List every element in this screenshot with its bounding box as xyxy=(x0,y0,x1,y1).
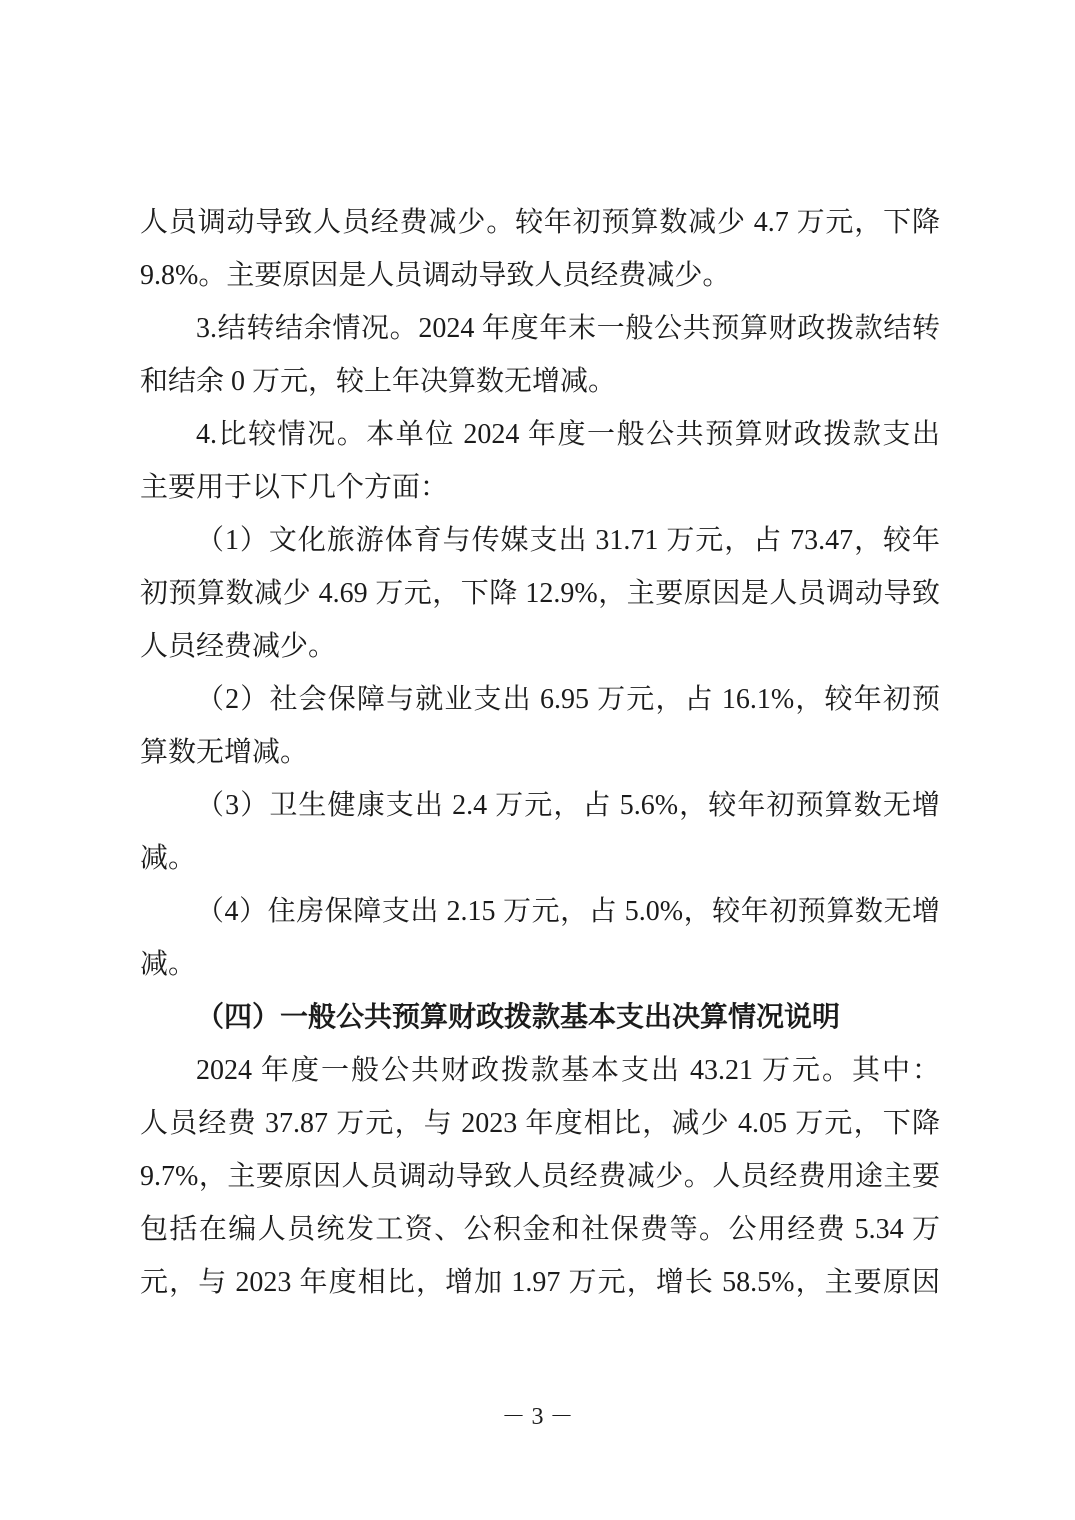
text-line: （4）住房保障支出 2.15 万元，占 5.0%，较年初预算数无增 xyxy=(140,885,940,938)
text-line: （3）卫生健康支出 2.4 万元，占 5.6%，较年初预算数无增 xyxy=(140,779,940,832)
text-line: 9.8%。主要原因是人员调动导致人员经费减少。 xyxy=(140,249,940,302)
text-line: 4.比较情况。本单位 2024 年度一般公共预算财政拨款支出 xyxy=(140,408,940,461)
text-line: 和结余 0 万元，较上年决算数无增减。 xyxy=(140,355,940,408)
text-line: 3.结转结余情况。2024 年度年末一般公共预算财政拨款结转 xyxy=(140,302,940,355)
text-line: 人员调动导致人员经费减少。较年初预算数减少 4.7 万元，下降 xyxy=(140,196,940,249)
text-line: 人员经费减少。 xyxy=(140,620,940,673)
text-line: 2024 年度一般公共财政拨款基本支出 43.21 万元。其中： xyxy=(140,1044,940,1097)
document-page: 人员调动导致人员经费减少。较年初预算数减少 4.7 万元，下降9.8%。主要原因… xyxy=(0,0,1075,1520)
text-line: 算数无增减。 xyxy=(140,726,940,779)
text-line: 减。 xyxy=(140,938,940,991)
text-line: 包括在编人员统发工资、公积金和社保费等。公用经费 5.34 万 xyxy=(140,1203,940,1256)
page-body: 人员调动导致人员经费减少。较年初预算数减少 4.7 万元，下降9.8%。主要原因… xyxy=(140,196,940,1309)
text-line: 主要用于以下几个方面： xyxy=(140,461,940,514)
text-line: 初预算数减少 4.69 万元，下降 12.9%，主要原因是人员调动导致 xyxy=(140,567,940,620)
section-heading: （四）一般公共预算财政拨款基本支出决算情况说明 xyxy=(140,991,940,1044)
text-line: 人员经费 37.87 万元，与 2023 年度相比，减少 4.05 万元，下降 xyxy=(140,1097,940,1150)
page-number: － 3 － xyxy=(0,1396,1075,1431)
text-line: （2）社会保障与就业支出 6.95 万元，占 16.1%，较年初预 xyxy=(140,673,940,726)
text-line: 元，与 2023 年度相比，增加 1.97 万元，增长 58.5%，主要原因 xyxy=(140,1256,940,1309)
text-line: 9.7%，主要原因人员调动导致人员经费减少。人员经费用途主要 xyxy=(140,1150,940,1203)
text-line: （1）文化旅游体育与传媒支出 31.71 万元，占 73.47，较年 xyxy=(140,514,940,567)
text-line: 减。 xyxy=(140,832,940,885)
